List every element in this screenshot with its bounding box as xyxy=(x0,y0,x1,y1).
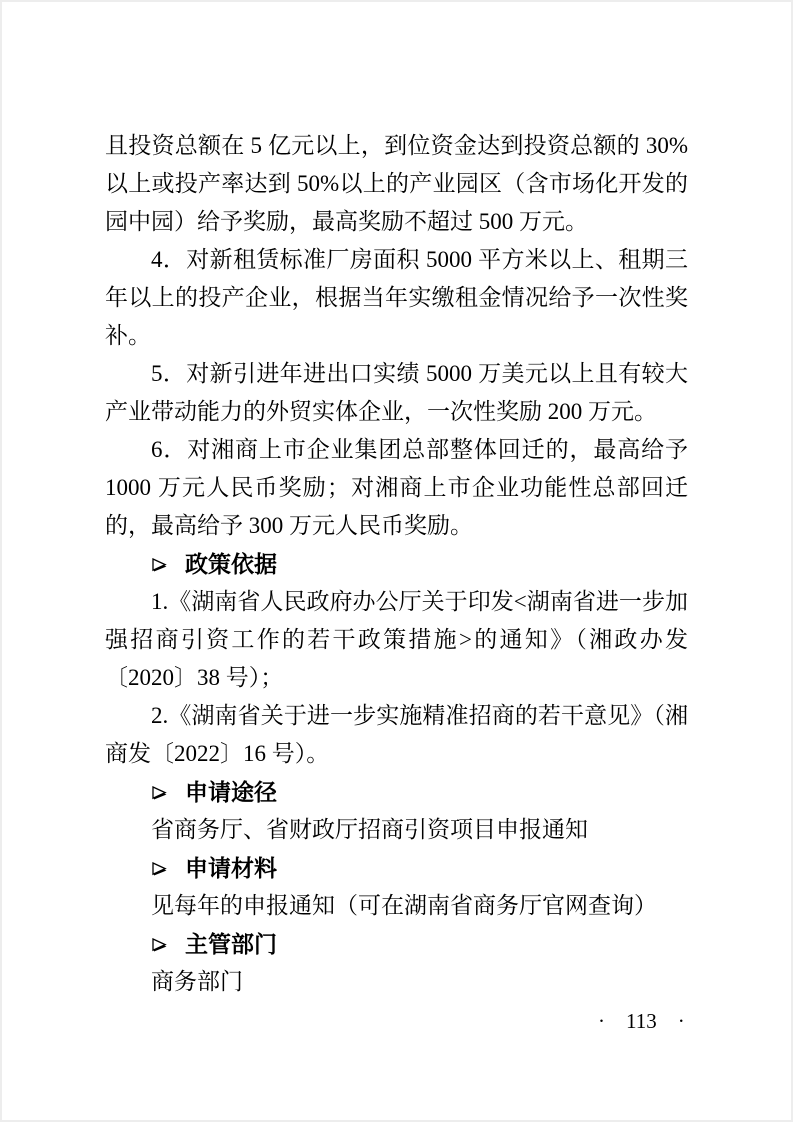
heading-label: 申请途径 xyxy=(185,779,277,805)
heading-label: 申请材料 xyxy=(185,855,277,881)
page-number-right-dot: · xyxy=(678,1006,685,1036)
paragraph-item-5-foreign-trade: 5．对新引进年进出口实绩 5000 万美元以上且有较大产业带动能力的外贸实体企业… xyxy=(105,355,688,431)
page-number-value: 113 xyxy=(626,1006,657,1036)
paragraph-item-6-headquarters-relocation: 6．对湘商上市企业集团总部整体回迁的，最高给予 1000 万元人民币奖励；对湘商… xyxy=(105,431,688,545)
document-page: 且投资总额在 5 亿元以上，到位资金达到投资总额的 30%以上或投产率达到 50… xyxy=(0,0,793,1122)
heading-application-channel: 申请途径 xyxy=(105,773,688,811)
heading-label: 主管部门 xyxy=(185,931,277,957)
paragraph-application-channel: 省商务厅、省财政厅招商引资项目申报通知 xyxy=(105,811,688,849)
paragraph-policy-reference-1: 1.《湖南省人民政府办公厅关于印发<湖南省进一步加强招商引资工作的若干政策措施>… xyxy=(105,583,688,697)
heading-competent-department: 主管部门 xyxy=(105,925,688,963)
document-body: 且投资总额在 5 亿元以上，到位资金达到投资总额的 30%以上或投产率达到 50… xyxy=(105,127,688,1001)
paragraph-item-4-factory-lease: 4．对新租赁标准厂房面积 5000 平方米以上、租期三年以上的投产企业，根据当年… xyxy=(105,241,688,355)
paragraph-industrial-park-reward: 且投资总额在 5 亿元以上，到位资金达到投资总额的 30%以上或投产率达到 50… xyxy=(105,127,688,241)
page-number-left-dot: · xyxy=(598,1006,605,1036)
paragraph-application-materials: 见每年的申报通知（可在湖南省商务厅官网查询） xyxy=(105,887,688,925)
arrowhead-right-icon xyxy=(151,556,173,573)
heading-label: 政策依据 xyxy=(185,551,277,577)
arrowhead-right-icon xyxy=(151,784,173,801)
paragraph-policy-reference-2: 2.《湖南省关于进一步实施精准招商的若干意见》（湘商发〔2022〕16 号）。 xyxy=(105,697,688,773)
heading-application-materials: 申请材料 xyxy=(105,849,688,887)
paragraph-competent-department: 商务部门 xyxy=(105,963,688,1001)
arrowhead-right-icon xyxy=(151,936,173,953)
page-number: · 113 · xyxy=(598,1006,685,1036)
arrowhead-right-icon xyxy=(151,860,173,877)
heading-policy-basis: 政策依据 xyxy=(105,545,688,583)
